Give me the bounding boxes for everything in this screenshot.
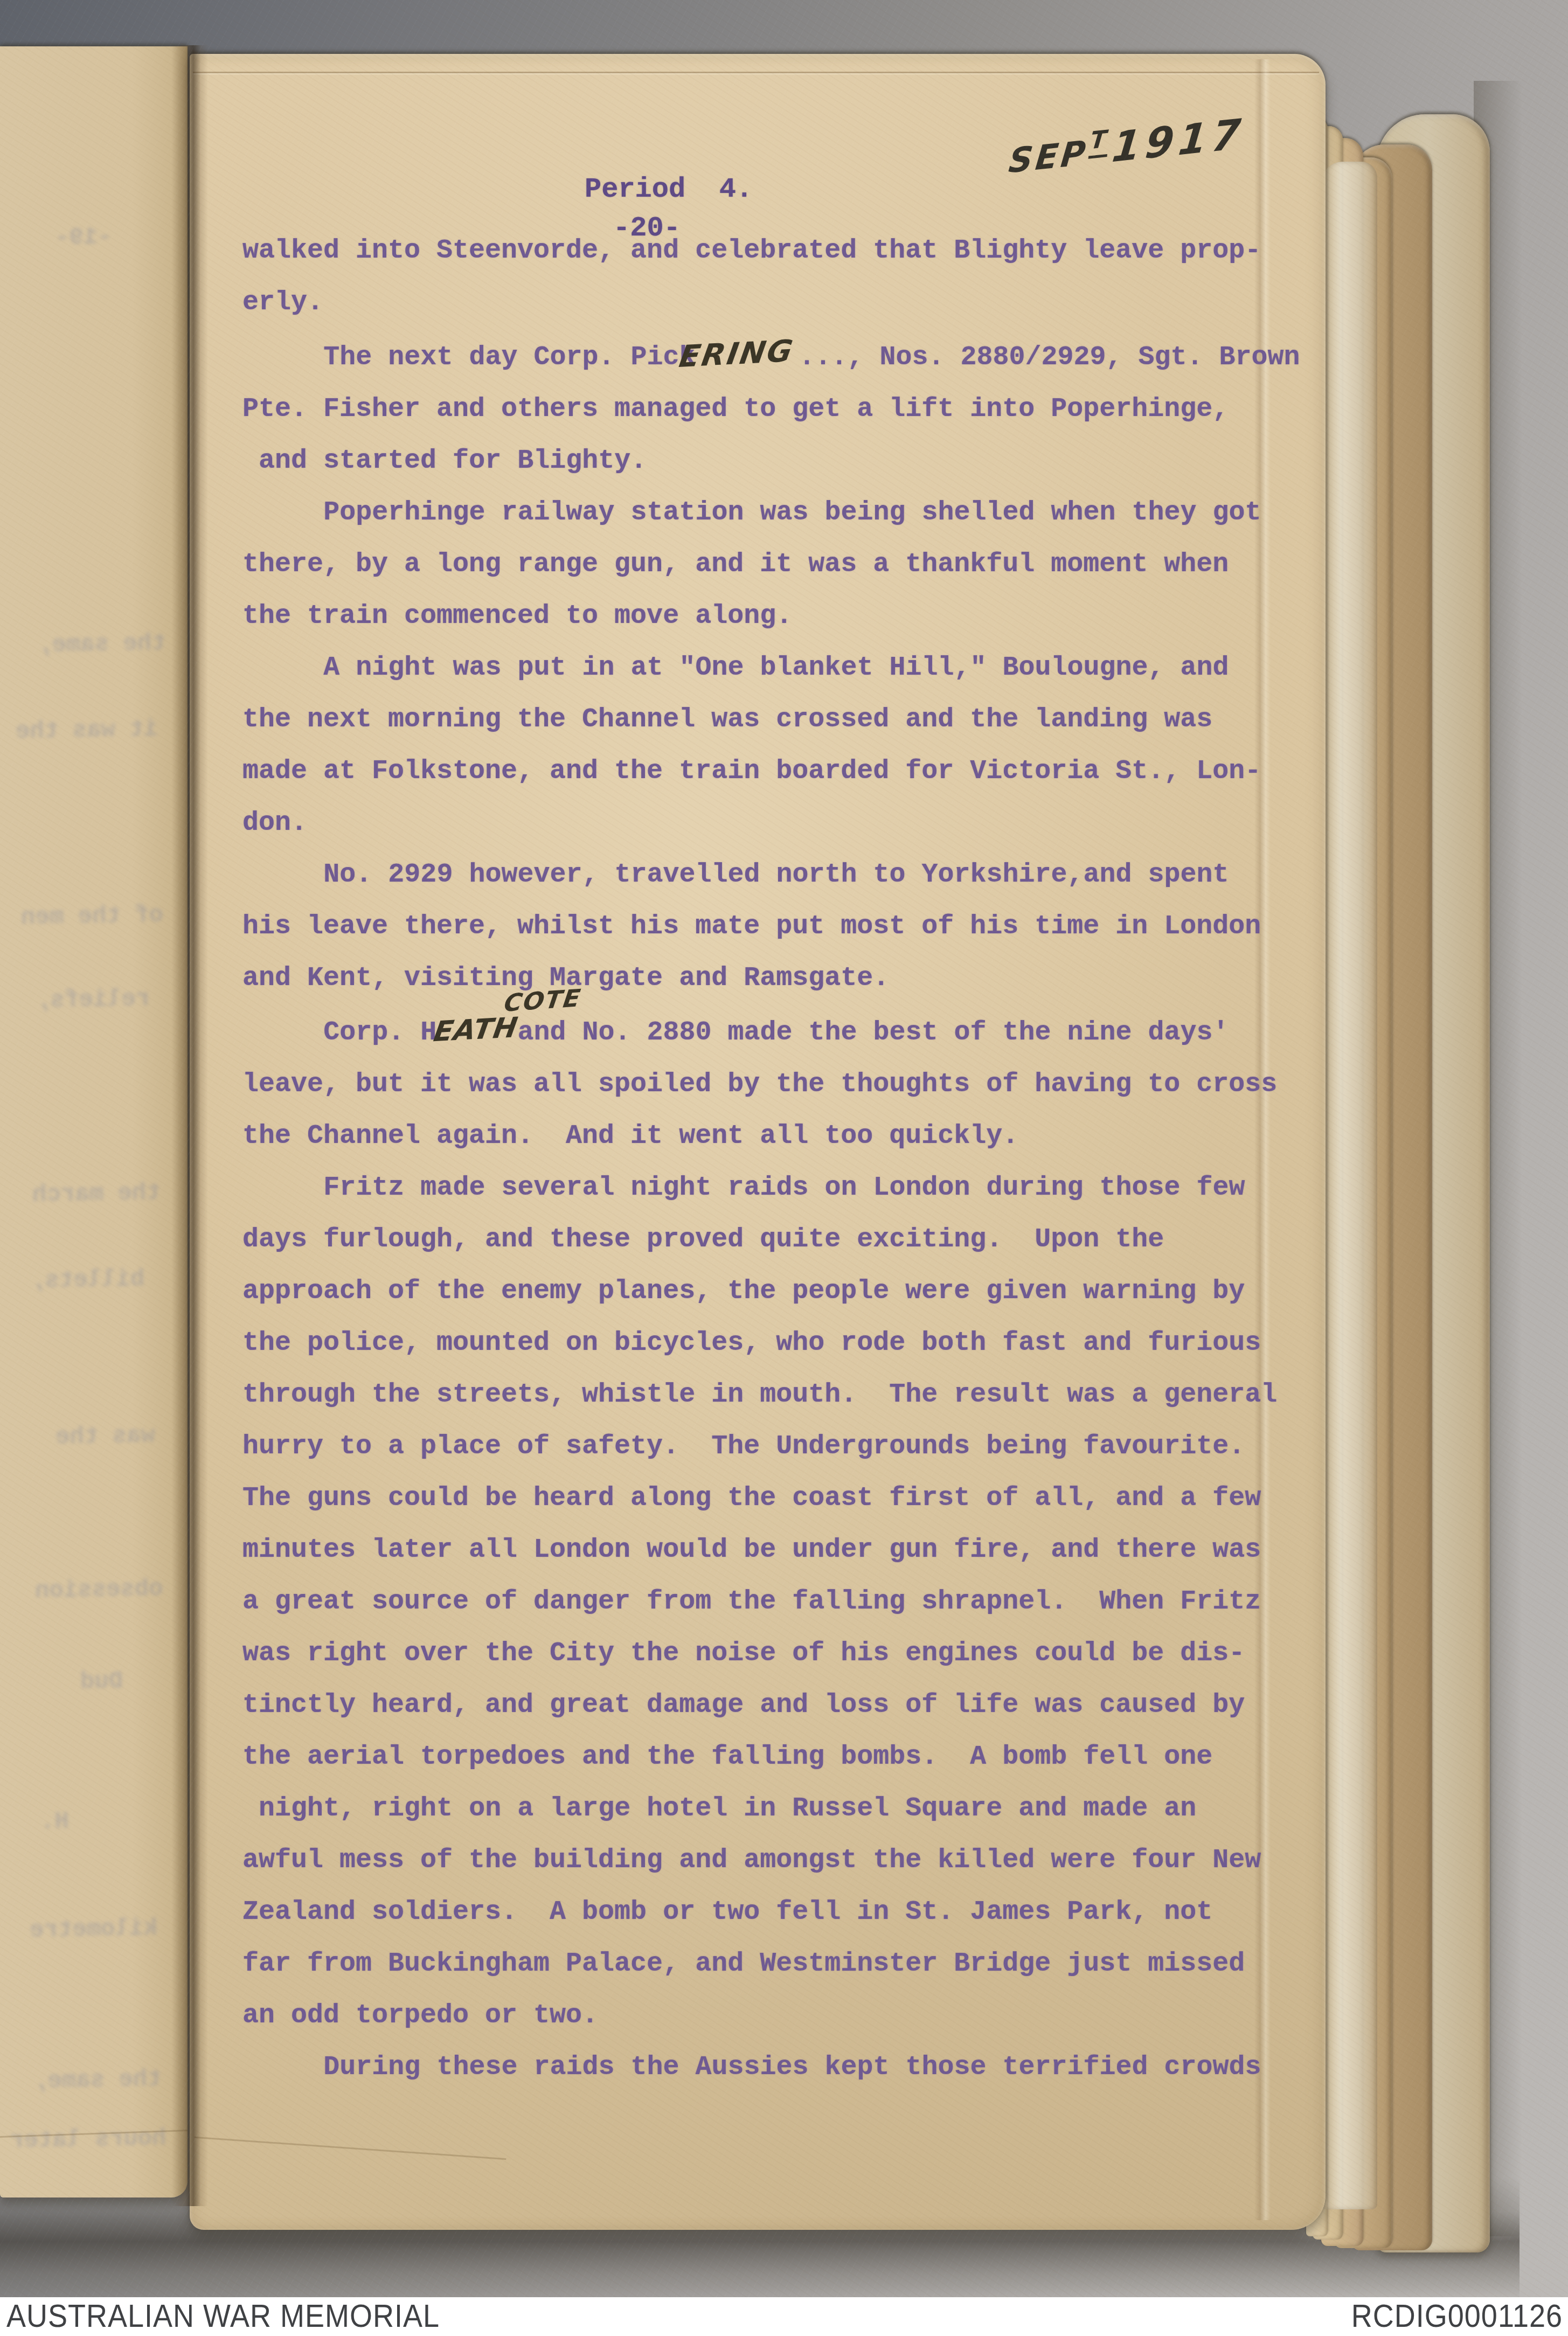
typed-line: made at Folkstone, and the train boarded…	[242, 746, 1315, 798]
typed-text: walked into Steenvorde, and celebrated t…	[242, 235, 1261, 266]
typed-text: the police, mounted on bicycles, who rod…	[242, 1328, 1261, 1358]
typed-text: the next morning the Channel was crossed…	[242, 704, 1212, 735]
typed-text: The guns could be heard along the coast …	[242, 1483, 1261, 1514]
typed-text: made at Folkstone, and the train boarded…	[242, 756, 1261, 787]
typed-text: A night was put in at "One blanket Hill,…	[323, 653, 1229, 683]
typed-line: During these raids the Aussies kept thos…	[242, 2042, 1315, 2094]
typed-line: A night was put in at "One blanket Hill,…	[242, 642, 1315, 694]
typed-line: the police, mounted on bicycles, who rod…	[242, 1318, 1315, 1369]
ghost-text-fragment: kilometre	[30, 1915, 158, 1944]
typed-line: walked into Steenvorde, and celebrated t…	[242, 225, 1315, 277]
ghost-text-fragment: it was the	[16, 716, 158, 746]
ghost-text-fragment: -19-	[55, 224, 112, 252]
handwritten-date-superscript: T	[1088, 125, 1111, 159]
ghost-text-fragment: the march	[32, 1180, 161, 1209]
typed-line: Fritz made several night raids on London…	[242, 1162, 1315, 1214]
ghost-text-fragment: obsession	[35, 1576, 163, 1605]
typed-text: days furlough, and these proved quite ex…	[242, 1224, 1164, 1255]
typed-text: approach of the enemy planes, the people…	[242, 1276, 1245, 1307]
ghost-text-fragment: the same,	[38, 630, 166, 659]
typed-line: tinctly heard, and great damage and loss…	[242, 1680, 1315, 1731]
typed-text: far from Buckingham Palace, and Westmins…	[242, 1949, 1245, 1979]
page-heading: Period 4.	[585, 174, 753, 205]
typed-text: hurry to a place of safety. The Undergro…	[242, 1431, 1245, 1462]
typed-text: his leave there, whilst his mate put mos…	[242, 911, 1261, 942]
ghost-text-fragment: Dud	[80, 1668, 123, 1695]
typed-text: night, right on a large hotel in Russel …	[259, 1793, 1196, 1824]
typed-line: days furlough, and these proved quite ex…	[242, 1214, 1315, 1266]
typed-line: erly.	[242, 277, 1315, 329]
archive-record-id: RCDIG0001126	[1351, 2299, 1563, 2335]
typed-text: erly.	[242, 287, 323, 318]
typed-text: the aerial torpedoes and the falling bom…	[242, 1742, 1212, 1772]
typed-text: The next day Corp. Pick	[323, 342, 695, 373]
typed-text: an odd torpedo or two.	[242, 2000, 598, 2031]
typed-text: During these raids the Aussies kept thos…	[323, 2052, 1261, 2083]
typed-line: approach of the enemy planes, the people…	[242, 1266, 1315, 1318]
typed-lines: walked into Steenvorde, and celebrated t…	[242, 225, 1315, 2094]
ghost-text-fragment: of the men	[21, 902, 164, 932]
typed-line: his leave there, whilst his mate put mos…	[242, 901, 1315, 953]
typed-text: through the streets, whistle in mouth. T…	[242, 1380, 1277, 1410]
typed-text: Corp. H	[323, 1017, 436, 1048]
typed-line: there, by a long range gun, and it was a…	[242, 539, 1315, 591]
ghost-text-fragment: H.	[40, 1808, 70, 1836]
typed-line: minutes later all London would be under …	[242, 1524, 1315, 1576]
typed-line: awful mess of the building and amongst t…	[242, 1835, 1315, 1887]
typed-text: Zealand soldiers. A bomb or two fell in …	[242, 1897, 1212, 1928]
typed-text: Poperhinge railway station was being she…	[323, 497, 1261, 528]
typed-line: and Kent, visiting Margate and Ramsgate.	[242, 953, 1315, 1004]
typed-line: and started for Blighty.	[242, 435, 1315, 487]
typed-line: night, right on a large hotel in Russel …	[242, 1783, 1315, 1835]
ghost-text-fragment: was the	[55, 1422, 156, 1451]
typed-line: hurry to a place of safety. The Undergro…	[242, 1421, 1315, 1473]
typed-text: ..., Nos. 2880/2929, Sgt. Brown	[782, 342, 1300, 373]
typed-line: The guns could be heard along the coast …	[242, 1473, 1315, 1524]
typed-line: The next day Corp. PickERING ..., Nos. 2…	[242, 329, 1315, 384]
typed-line: the next morning the Channel was crossed…	[242, 694, 1315, 746]
ghost-text-fragment: hours later	[9, 2125, 166, 2154]
archive-institution-label: AUSTRALIAN WAR MEMORIAL	[6, 2299, 440, 2335]
typed-text: the Channel again. And it went all too q…	[242, 1121, 1018, 1152]
handwritten-correction: ERING	[676, 326, 787, 383]
typed-line: leave, but it was all spoiled by the tho…	[242, 1059, 1315, 1111]
typed-line: an odd torpedo or two.	[242, 1990, 1315, 2042]
typed-line: Poperhinge railway station was being she…	[242, 487, 1315, 539]
typed-line: Pte. Fisher and others managed to get a …	[242, 384, 1315, 435]
typed-line: was right over the City the noise of his…	[242, 1628, 1315, 1680]
archive-footer-bar: AUSTRALIAN WAR MEMORIAL RCDIG0001126	[0, 2297, 1568, 2336]
typed-text: a great source of danger from the fallin…	[242, 1586, 1261, 1617]
typed-text: awful mess of the building and amongst t…	[242, 1845, 1261, 1876]
scanned-diary-page: -19-the same,it was theof the menreliefs…	[0, 0, 1568, 2336]
typed-text: don.	[242, 808, 307, 838]
typed-line: don.	[242, 798, 1315, 849]
typed-line: No. 2929 however, travelled north to Yor…	[242, 849, 1315, 901]
typed-text: and started for Blighty.	[259, 446, 647, 476]
typed-text: minutes later all London would be under …	[242, 1535, 1261, 1565]
ghost-text-fragment: reliefs,	[36, 986, 150, 1015]
facing-page-sliver: -19-the same,it was theof the menreliefs…	[0, 46, 188, 2198]
typed-line: Corp. HEATHCOTE and No. 2880 made the be…	[242, 1004, 1315, 1059]
typed-text: the train commenced to move along.	[242, 601, 792, 632]
typed-line: the aerial torpedoes and the falling bom…	[242, 1731, 1315, 1783]
page-edge-curl	[1321, 162, 1377, 2209]
page-crease	[193, 72, 1319, 73]
typed-line: the train commenced to move along.	[242, 591, 1315, 642]
ghost-text-fragment: billets,	[30, 1266, 144, 1295]
typed-line: Zealand soldiers. A bomb or two fell in …	[242, 1887, 1315, 1938]
book-gutter-shadow	[171, 45, 208, 2206]
typed-text: there, by a long range gun, and it was a…	[242, 549, 1229, 580]
ghost-text-fragment: the same,	[33, 2066, 162, 2095]
typed-text: leave, but it was all spoiled by the tho…	[242, 1069, 1277, 1100]
typed-text: Pte. Fisher and others managed to get a …	[242, 394, 1229, 425]
typed-text: tinctly heard, and great damage and loss…	[242, 1690, 1245, 1721]
typed-line: a great source of danger from the fallin…	[242, 1576, 1315, 1628]
typed-text: and No. 2880 made the best of the nine d…	[501, 1017, 1229, 1048]
handwritten-correction: EATH	[430, 1003, 506, 1058]
typed-line: through the streets, whistle in mouth. T…	[242, 1369, 1315, 1421]
typed-text: was right over the City the noise of his…	[242, 1638, 1245, 1669]
typed-text: No. 2929 however, travelled north to Yor…	[323, 859, 1229, 890]
typed-line: the Channel again. And it went all too q…	[242, 1111, 1315, 1162]
typed-text: Fritz made several night raids on London…	[323, 1173, 1245, 1203]
handwritten-date-month: SEP	[1007, 133, 1090, 181]
typed-line: far from Buckingham Palace, and Westmins…	[242, 1938, 1315, 1990]
